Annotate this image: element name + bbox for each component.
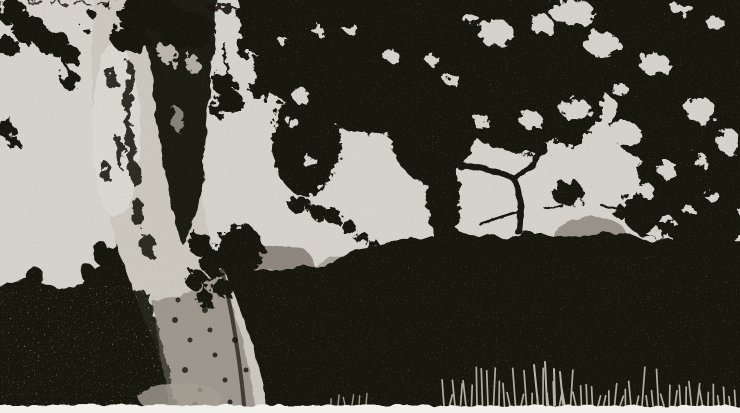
film-grain [0,0,740,406]
photo-margin [0,405,740,413]
photo-canvas [0,0,740,413]
photograph [0,0,740,413]
